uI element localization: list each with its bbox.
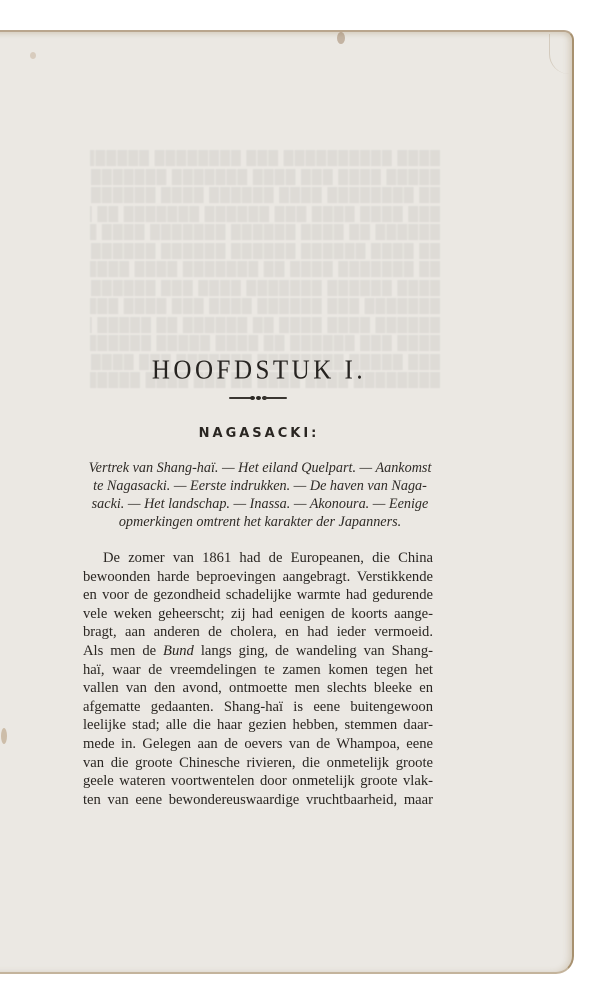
body-text-span: Als men de xyxy=(83,643,163,659)
section-title: NAGASACKI: xyxy=(150,426,368,441)
body-line: haï, waar de vreemdelingen te zamen kome… xyxy=(83,661,433,680)
body-line: vallen van den avond, ontmoette men slec… xyxy=(83,679,433,698)
body-text-span: langs ging, de wandeling van Shang- xyxy=(194,643,433,659)
body-paragraph: De zomer van 1861 had de Europeanen, die… xyxy=(83,549,433,809)
body-line: en voor de gezondheid schadelijke warmte… xyxy=(83,586,433,605)
ornament-divider-icon xyxy=(229,396,287,399)
summary-line: te Nagasacki. — Eerste indrukken. — De h… xyxy=(80,477,440,495)
chapter-summary: Vertrek van Shang-haï. — Het eiland Quel… xyxy=(80,459,440,531)
body-line: vele weken geheerscht; zij had eenigen d… xyxy=(83,605,433,624)
body-line: geele wateren voortwentelen door onmetel… xyxy=(83,772,433,791)
body-line: bewoonden harde beproevingen aangebragt.… xyxy=(83,568,433,587)
body-line: bragt, aan anderen de cholera, en had ie… xyxy=(83,623,433,642)
body-line: van die groote Chinesche rivieren, die o… xyxy=(83,754,433,773)
body-line: leelijke stad; alle die haar gezien hebb… xyxy=(83,716,433,735)
summary-line: Vertrek van Shang-haï. — Het eiland Quel… xyxy=(80,459,440,477)
summary-line: sacki. — Het landschap. — Inassa. — Akon… xyxy=(80,495,440,513)
body-line: De zomer van 1861 had de Europeanen, die… xyxy=(83,549,433,568)
body-line: mede in. Gelegen aan de oevers van de Wh… xyxy=(83,735,433,754)
summary-line: opmerkingen omtrent het karakter der Jap… xyxy=(80,513,440,531)
body-line: Als men de Bund langs ging, de wandeling… xyxy=(83,642,433,661)
chapter-title: HOOFDSTUK I. xyxy=(150,356,368,386)
body-line: ten van eene bewondereuswaardige vruchtb… xyxy=(83,791,433,810)
page-content: HOOFDSTUK I. NAGASACKI: Vertrek van Shan… xyxy=(0,0,613,1000)
body-line: afgematte gedaanten. Shang-haï is eene b… xyxy=(83,698,433,717)
italic-term: Bund xyxy=(163,643,194,659)
